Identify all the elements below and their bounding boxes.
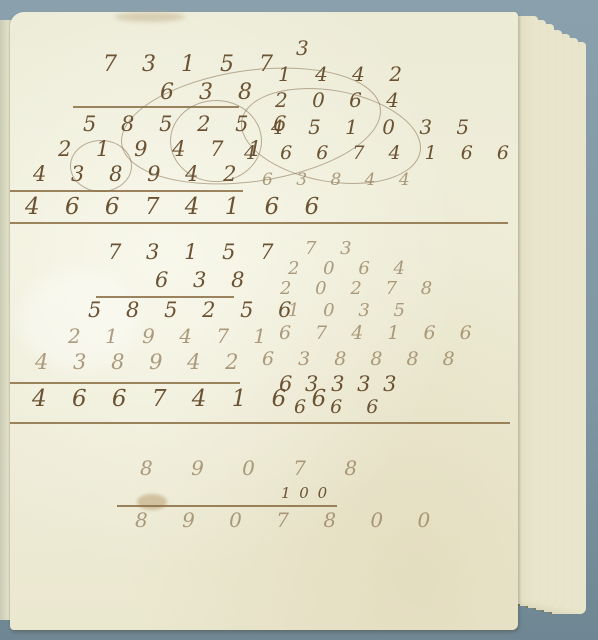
section-rule (10, 222, 508, 224)
multiplier: 1 0 0 (281, 484, 329, 502)
partial-1: 5 8 5 2 5 6 (83, 112, 296, 136)
line-8: 6 6 6 (294, 396, 387, 418)
line-3: 4 5 1 0 3 5 (271, 115, 478, 139)
line-6: 6 3 8 8 8 8 (262, 348, 464, 370)
rule (117, 505, 337, 507)
line-3: 2 0 2 7 8 (280, 278, 441, 299)
line-4: 4 6 6 7 4 1 6 6 (244, 142, 518, 164)
partial-3: 4 3 8 9 4 2 (33, 162, 246, 186)
line-5: 6 7 4 1 6 6 (279, 322, 481, 344)
partial-3: 4 3 8 9 4 2 (35, 350, 248, 374)
line-2: 2 0 6 4 (275, 88, 408, 112)
product: 8 9 0 7 8 0 0 (135, 508, 444, 532)
multiplicand: 8 9 0 7 8 (140, 456, 373, 480)
section-rule (10, 422, 510, 424)
rule (10, 382, 240, 384)
rule (73, 106, 239, 108)
line-7: 6 3 3 3 3 (279, 372, 400, 396)
quotient-digit: 3 (296, 36, 318, 60)
multiplicand: 7 3 1 5 7 (103, 52, 282, 77)
line-5: 6 3 8 4 4 (262, 170, 419, 190)
line-2: 2 0 6 4 (288, 258, 414, 279)
rule (10, 190, 243, 192)
line-1: 7 3 (305, 238, 361, 259)
stain (115, 12, 185, 22)
line-4: 1 0 3 5 (288, 300, 414, 321)
partial-2: 2 1 9 4 7 1 (58, 137, 271, 161)
multiplier: 6 3 8 (155, 268, 253, 292)
partial-2: 2 1 9 4 7 1 (68, 324, 275, 348)
line-1: 1 4 4 2 (278, 62, 411, 86)
partial-1: 5 8 5 2 5 6 (88, 298, 301, 322)
product: 4 6 6 7 4 1 6 6 (25, 194, 328, 220)
multiplier: 6 3 8 (160, 80, 261, 105)
multiplicand: 7 3 1 5 7 (108, 240, 283, 264)
